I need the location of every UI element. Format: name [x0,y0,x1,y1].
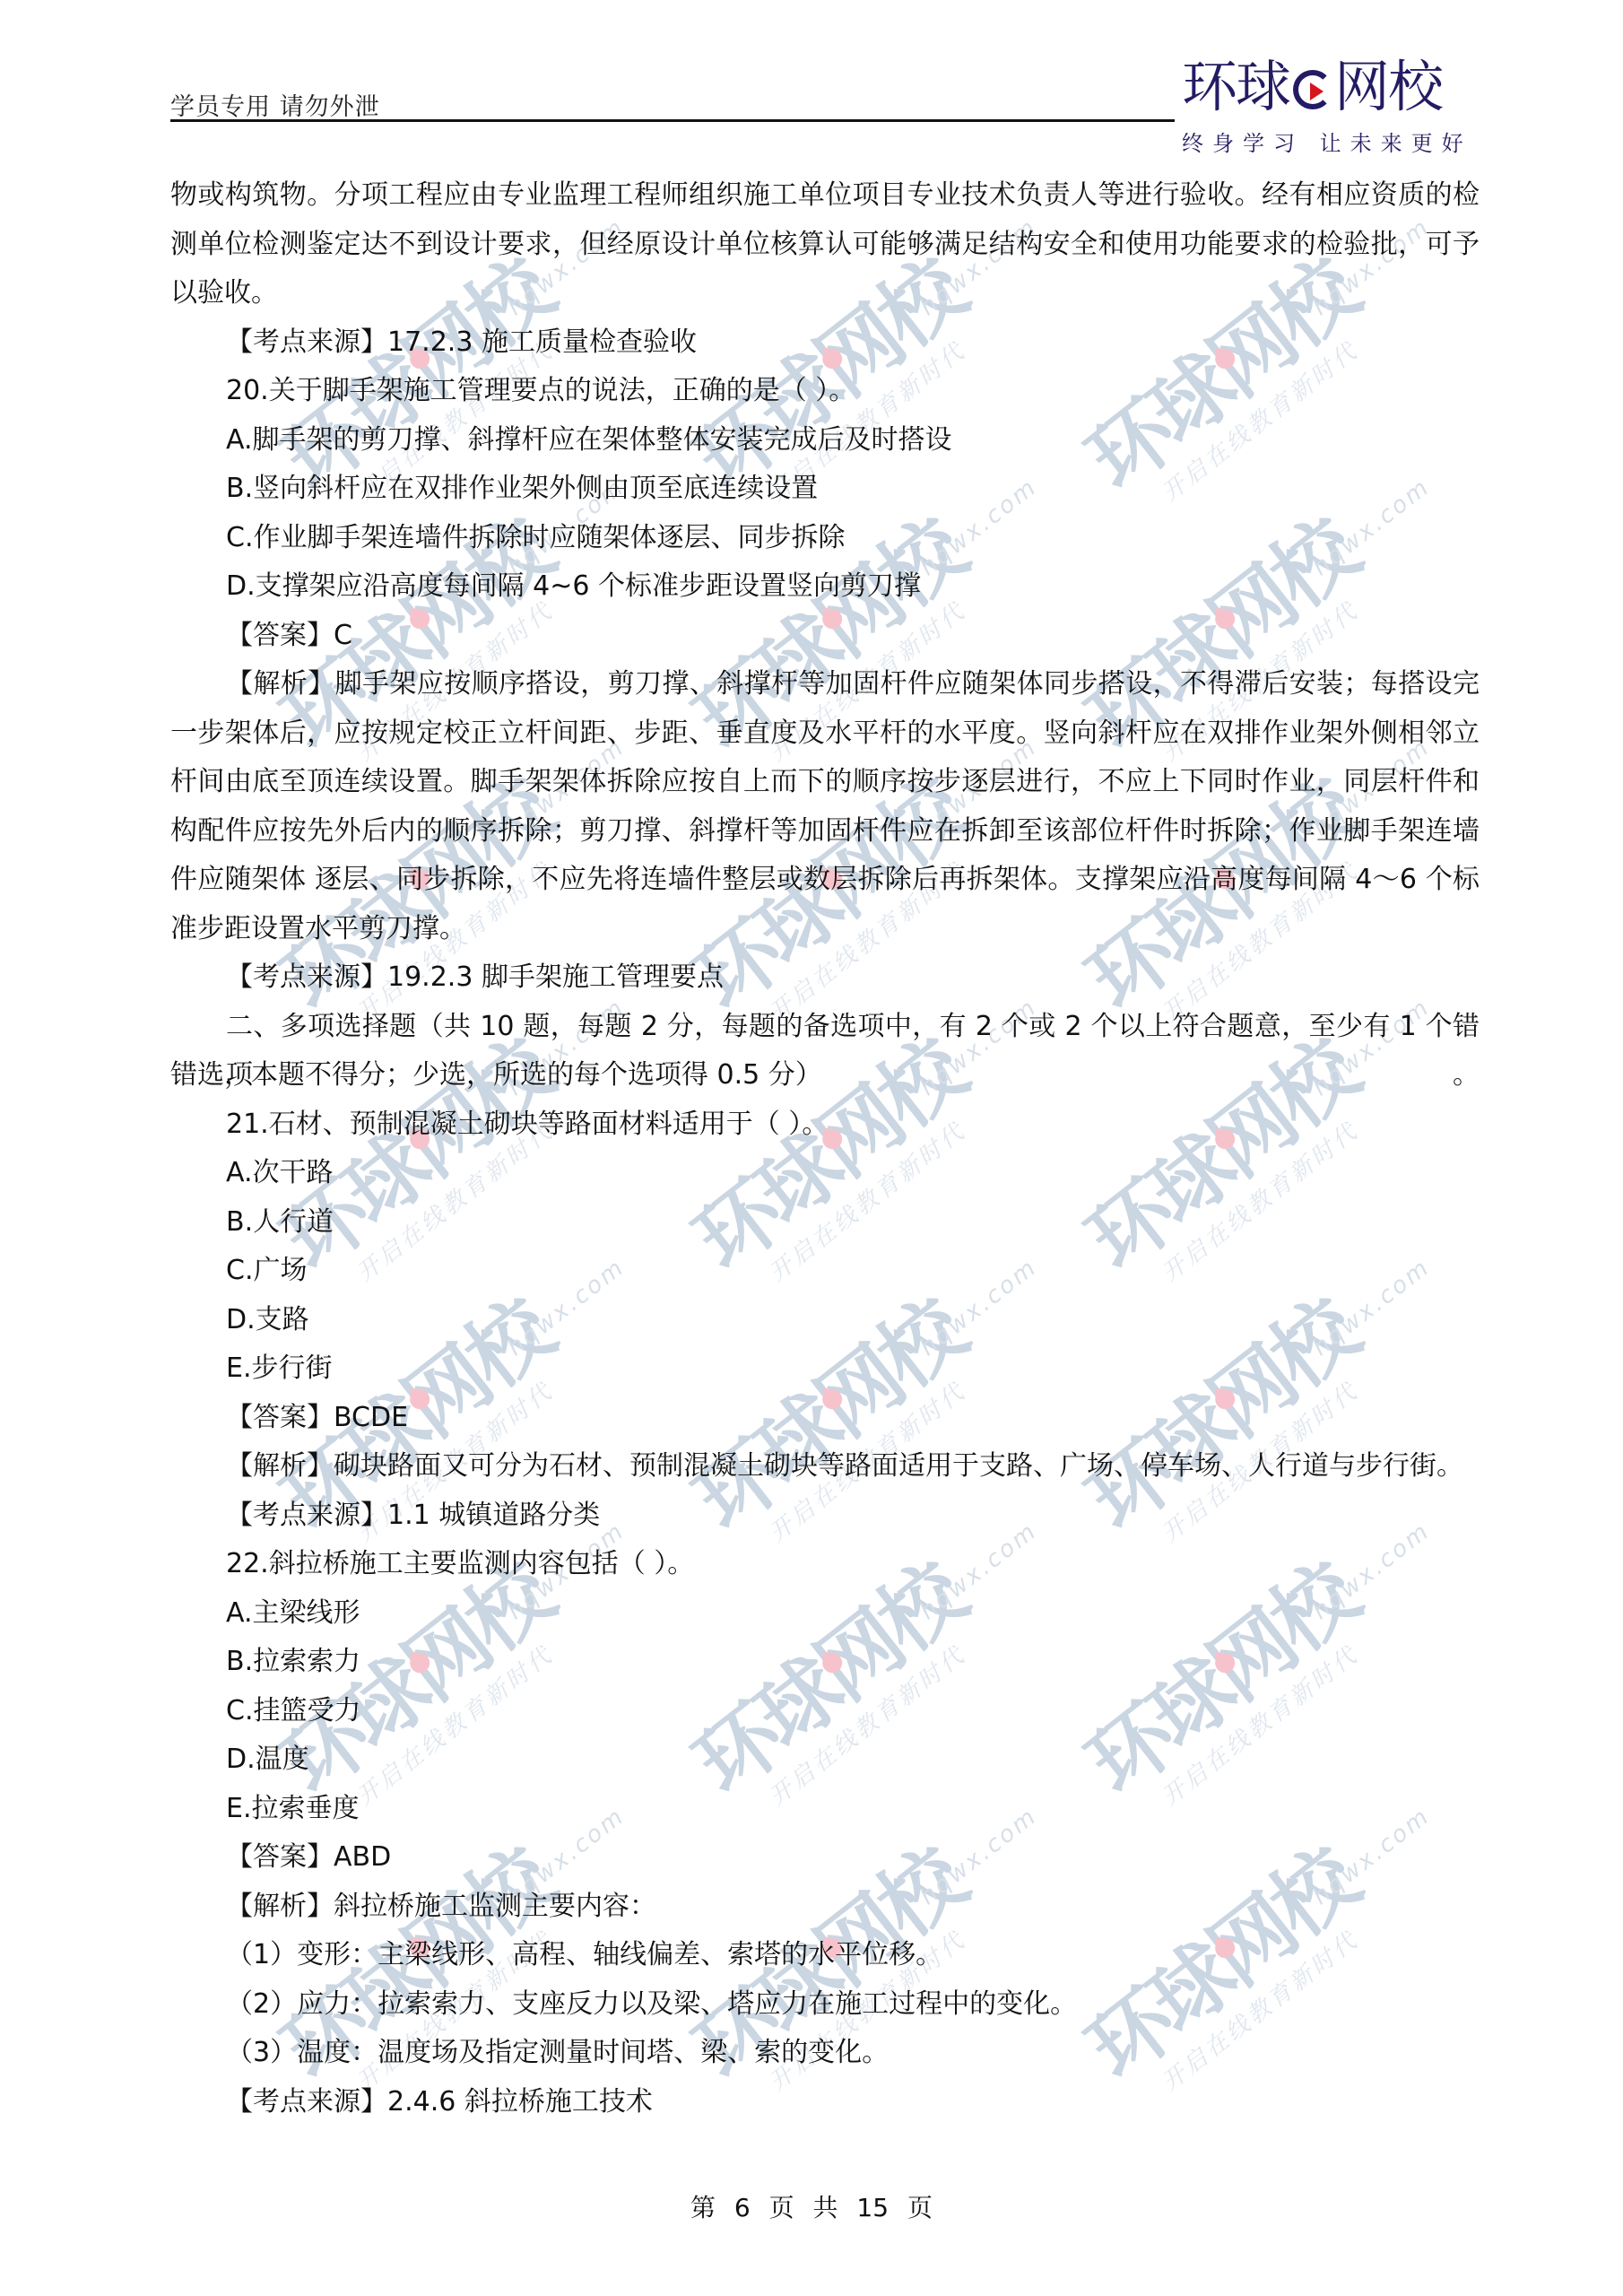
document-body: 物或构筑物。分项工程应由专业监理工程师组织施工单位项目专业技术负责人等进行验收。… [170,171,1480,2126]
text-line: 20.关于脚手架施工管理要点的说法，正确的是（ ）。 [170,367,1480,416]
text-line: C.作业脚手架连墙件拆除时应随架体逐层、同步拆除 [170,514,1480,563]
text-line: A.脚手架的剪刀撑、斜撑杆应在架体整体安装完成后及时搭设 [170,416,1480,465]
text-line: 件应随架体 逐层、同步拆除，不应先将连墙件整层或数层拆除后再拆架体。支撑架应沿高… [170,856,1480,905]
header-confidential-label: 学员专用 请勿外泄 [170,87,380,122]
play-circle-icon [1293,70,1332,109]
text-line: 【考点来源】19.2.3 脚手架施工管理要点 [170,953,1480,1003]
text-line: 构配件应按先外后内的顺序拆除；剪刀撑、斜撑杆等加固杆件应在拆卸至该部位杆件时拆除… [170,807,1480,857]
logo-text-left: 环球 [1182,54,1289,119]
text-line: 22.斜拉桥施工主要监测内容包括（ ）。 [170,1540,1480,1589]
header-divider [170,119,1175,122]
text-line: 【解析】斜拉桥施工监测主要内容： [170,1883,1480,1932]
text-line: A.主梁线形 [170,1589,1480,1639]
text-line: B.竖向斜杆应在双排作业架外侧由顶至底连续设置 [170,465,1480,514]
text-line: B.拉索索力 [170,1638,1480,1687]
text-line: 杆间由底至顶连续设置。脚手架架体拆除应按自上而下的顺序按步逐层进行，不应上下同时… [170,758,1480,807]
text-line: D.温度 [170,1735,1480,1785]
text-line: D.支撑架应沿高度每间隔 4~6 个标准步距设置竖向剪刀撑 [170,562,1480,612]
text-line: 【答案】BCDE [170,1394,1480,1443]
text-line: A.次干路 [170,1149,1480,1198]
text-line: 21.石材、预制混凝土砌块等路面材料适用于（ ）。 [170,1100,1480,1150]
text-line: 【考点来源】17.2.3 施工质量检查验收 [170,318,1480,368]
logo-wordmark: 环球网校 [1182,56,1442,118]
text-line: 【解析】脚手架应按顺序搭设，剪刀撑、斜撑杆等加固杆件应随架体同步搭设，不得滞后安… [170,660,1480,709]
text-line: C.挂篮受力 [170,1687,1480,1736]
page-number: 第 6 页 共 15 页 [0,2188,1623,2224]
text-line: （1）变形：主梁线形、高程、轴线偏差、索塔的水平位移。 [170,1931,1480,1980]
text-line: 准步距设置水平剪刀撑。 [170,905,1480,954]
text-line: 【答案】C [170,612,1480,661]
text-line: （2）应力：拉索索力、支座反力以及梁、塔应力在施工过程中的变化。 [170,1980,1480,2030]
text-line: 【考点来源】1.1 城镇道路分类 [170,1492,1480,1541]
brand-logo: 环球网校 终身学习 让未来更好 [1182,56,1478,154]
text-line: 测单位检测鉴定达不到设计要求，但经原设计单位核算认可能够满足结构安全和使用功能要… [170,221,1480,270]
logo-text-right: 网校 [1334,54,1442,119]
text-line: D.支路 [170,1296,1480,1345]
text-line: 一步架体后，应按规定校正立杆间距、步距、垂直度及水平杆的水平度。竖向斜杆应在双排… [170,709,1480,759]
text-line: E.拉索垂度 [170,1785,1480,1834]
text-line: C.广场 [170,1247,1480,1296]
text-line: E.步行街 [170,1344,1480,1394]
text-line: 二、多项选择题（共 10 题，每题 2 分，每题的备选项中，有 2 个或 2 个… [170,1003,1480,1052]
text-line: 物或构筑物。分项工程应由专业监理工程师组织施工单位项目专业技术负责人等进行验收。… [170,171,1480,221]
text-line: B.人行道 [170,1198,1480,1248]
text-line: （3）温度：温度场及指定测量时间塔、梁、索的变化。 [170,2029,1480,2078]
text-line: 【考点来源】2.4.6 斜拉桥施工技术 [170,2078,1480,2127]
text-line: 【解析】砌块路面又可分为石材、预制混凝土砌块等路面适用于支路、广场、停车场、人行… [170,1442,1480,1492]
logo-tagline: 终身学习 让未来更好 [1182,126,1472,157]
text-line: 以验收。 [170,269,1480,318]
text-line: 【答案】ABD [170,1833,1480,1883]
